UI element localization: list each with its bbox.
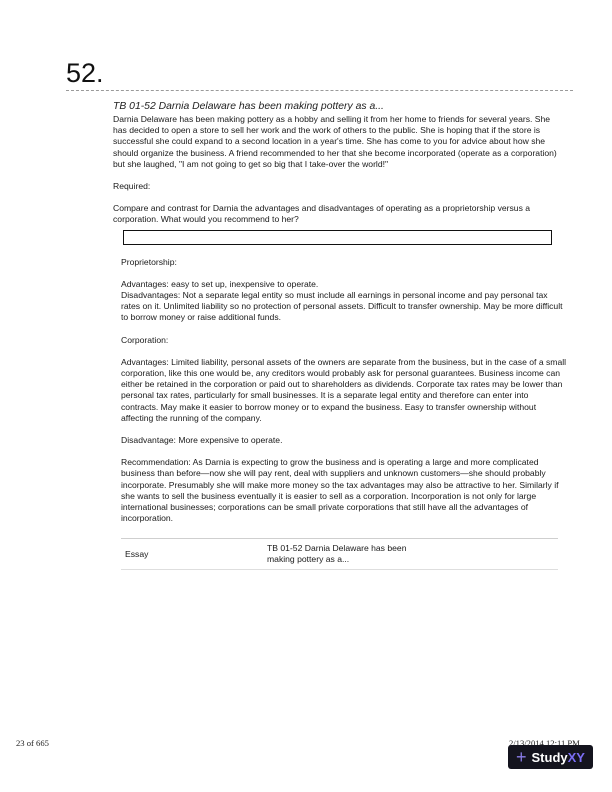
corporation-heading: Corporation:: [121, 335, 567, 346]
proprietorship-heading: Proprietorship:: [121, 257, 567, 268]
question-title: TB 01-52 Darnia Delaware has been making…: [113, 101, 559, 113]
page-counter: 23 of 665: [16, 738, 49, 748]
brand-accent: XY: [568, 750, 585, 765]
recommendation: Recommendation: As Darnia is expecting t…: [121, 457, 567, 524]
dashed-divider: [66, 90, 573, 91]
required-label: Required:: [113, 181, 559, 192]
corporation-disadvantage: Disadvantage: More expensive to operate.: [121, 435, 567, 446]
brand-main: Study: [532, 750, 568, 765]
brand-name: StudyXY: [532, 750, 585, 765]
answer-input[interactable]: [123, 230, 552, 245]
corporation-advantages: Advantages: Limited liability, personal …: [121, 357, 567, 424]
question-content: TB 01-52 Darnia Delaware has been making…: [113, 101, 559, 570]
proprietorship-disadvantages: Disadvantages: Not a separate legal enti…: [121, 290, 567, 324]
question-reference: TB 01-52 Darnia Delaware has been making…: [267, 543, 407, 565]
plus-icon: +: [516, 748, 527, 766]
question-type: Essay: [121, 549, 267, 560]
studyxy-badge[interactable]: + StudyXY: [508, 745, 593, 769]
question-prompt: Compare and contrast for Darnia the adva…: [113, 203, 559, 225]
proprietorship-advantages: Advantages: easy to set up, inexpensive …: [121, 279, 567, 290]
question-meta-table: Essay TB 01-52 Darnia Delaware has been …: [121, 538, 558, 570]
question-number: 52.: [66, 58, 104, 89]
question-body: Darnia Delaware has been making pottery …: [113, 114, 559, 170]
answer-section: Proprietorship: Advantages: easy to set …: [121, 257, 567, 525]
